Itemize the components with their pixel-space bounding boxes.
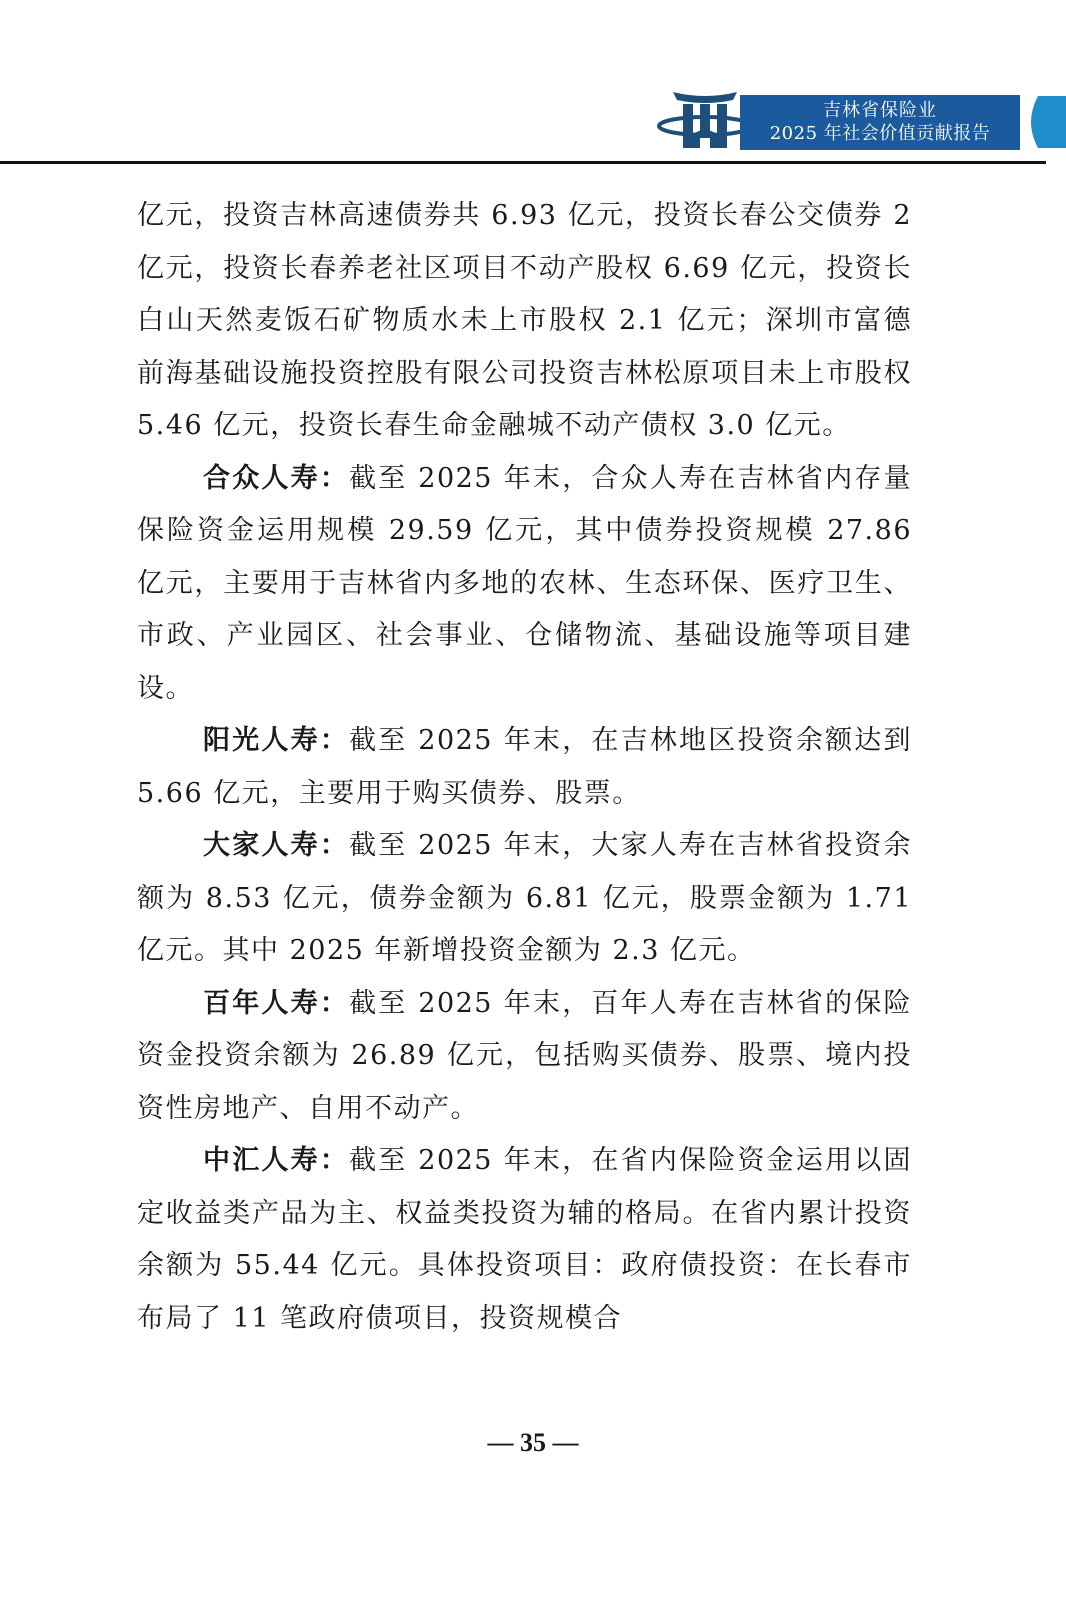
paragraph-continuation: 亿元，投资吉林高速债券共 6.93 亿元，投资长春公交债券 2 亿元，投资长春养… [137,190,912,453]
paragraph-text: 亿元，投资吉林高速债券共 6.93 亿元，投资长春公交债券 2 亿元，投资长春养… [137,200,912,441]
page-header: 吉林省保险业 2025 年社会价值贡献报告 [0,0,1066,165]
header-divider [0,161,1046,164]
paragraph-bainian: 百年人寿：截至 2025 年末，百年人寿在吉林省的保险资金投资余额为 26.89… [137,978,912,1136]
paragraph-yangguang: 阳光人寿：截至 2025 年末，在吉林地区投资余额达到 5.66 亿元，主要用于… [137,715,912,820]
company-name: 中汇人寿： [203,1145,349,1176]
paragraph-zhonghui: 中汇人寿：截至 2025 年末，在省内保险资金运用以固定收益类产品为主、权益类投… [137,1135,912,1345]
report-title-banner: 吉林省保险业 2025 年社会价值贡献报告 [740,95,1020,150]
company-name: 阳光人寿： [203,725,349,756]
paragraph-hezhong: 合众人寿：截至 2025 年末，合众人寿在吉林省内存量保险资金运用规模 29.5… [137,453,912,716]
company-name: 合众人寿： [203,463,349,494]
company-name: 大家人寿： [203,830,349,861]
company-name: 百年人寿： [203,988,349,1019]
report-title-line2: 2025 年社会价值贡献报告 [740,122,1020,146]
paragraph-dajia: 大家人寿：截至 2025 年末，大家人寿在吉林省投资余额为 8.53 亿元，债券… [137,820,912,978]
body-text: 亿元，投资吉林高速债券共 6.93 亿元，投资长春公交债券 2 亿元，投资长春养… [137,190,912,1345]
paragraph-text: 截至 2025 年末，合众人寿在吉林省内存量保险资金运用规模 29.59 亿元，… [137,463,912,704]
page-number: — 35 — [0,1428,1066,1458]
banner-end-cap-icon [1012,92,1066,152]
report-title-line1: 吉林省保险业 [740,100,1020,122]
